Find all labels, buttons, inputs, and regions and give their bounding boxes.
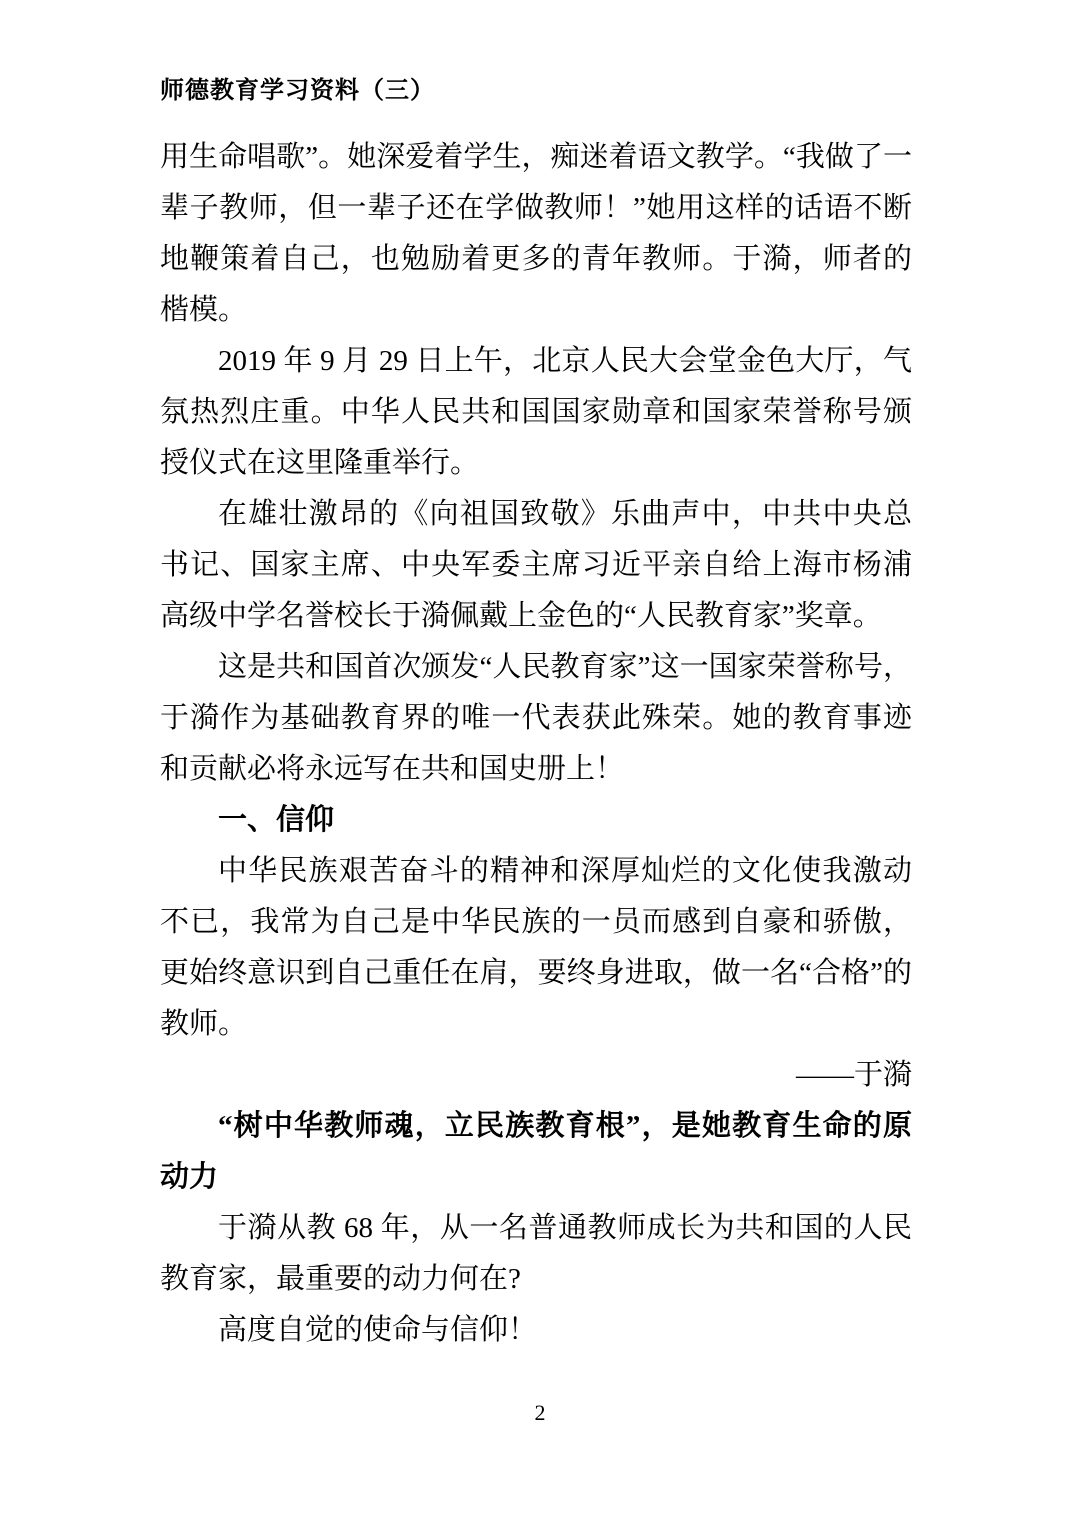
page-number: 2 xyxy=(0,1398,1080,1428)
quote-attribution: ——于漪 xyxy=(160,1050,912,1101)
paragraph: 这是共和国首次颁发“人民教育家”这一国家荣誉称号，于漪作为基础教育界的唯一代表获… xyxy=(160,642,912,795)
document-header-title: 师德教育学习资料（三） xyxy=(160,76,920,106)
bold-subheading-paragraph: “树中华教师魂，立民族教育根”，是她教育生命的原动力 xyxy=(160,1101,912,1203)
paragraph: 于漪从教 68 年，从一名普通教师成长为共和国的人民教育家，最重要的动力何在? xyxy=(160,1203,912,1305)
paragraph: 2019 年 9 月 29 日上午，北京人民大会堂金色大厅，气氛热烈庄重。中华人… xyxy=(160,336,912,489)
document-body: 用生命唱歌”。她深爱着学生，痴迷着语文教学。“我做了一辈子教师，但一辈子还在学做… xyxy=(160,132,912,1356)
document-page: 师德教育学习资料（三） 用生命唱歌”。她深爱着学生，痴迷着语文教学。“我做了一辈… xyxy=(0,0,1080,1527)
paragraph: 在雄壮激昂的《向祖国致敬》乐曲声中，中共中央总书记、国家主席、中央军委主席习近平… xyxy=(160,489,912,642)
section-heading: 一、信仰 xyxy=(160,795,912,846)
paragraph: 用生命唱歌”。她深爱着学生，痴迷着语文教学。“我做了一辈子教师，但一辈子还在学做… xyxy=(160,132,912,336)
paragraph: 高度自觉的使命与信仰！ xyxy=(160,1305,912,1356)
paragraph: 中华民族艰苦奋斗的精神和深厚灿烂的文化使我激动不已，我常为自己是中华民族的一员而… xyxy=(160,846,912,1050)
